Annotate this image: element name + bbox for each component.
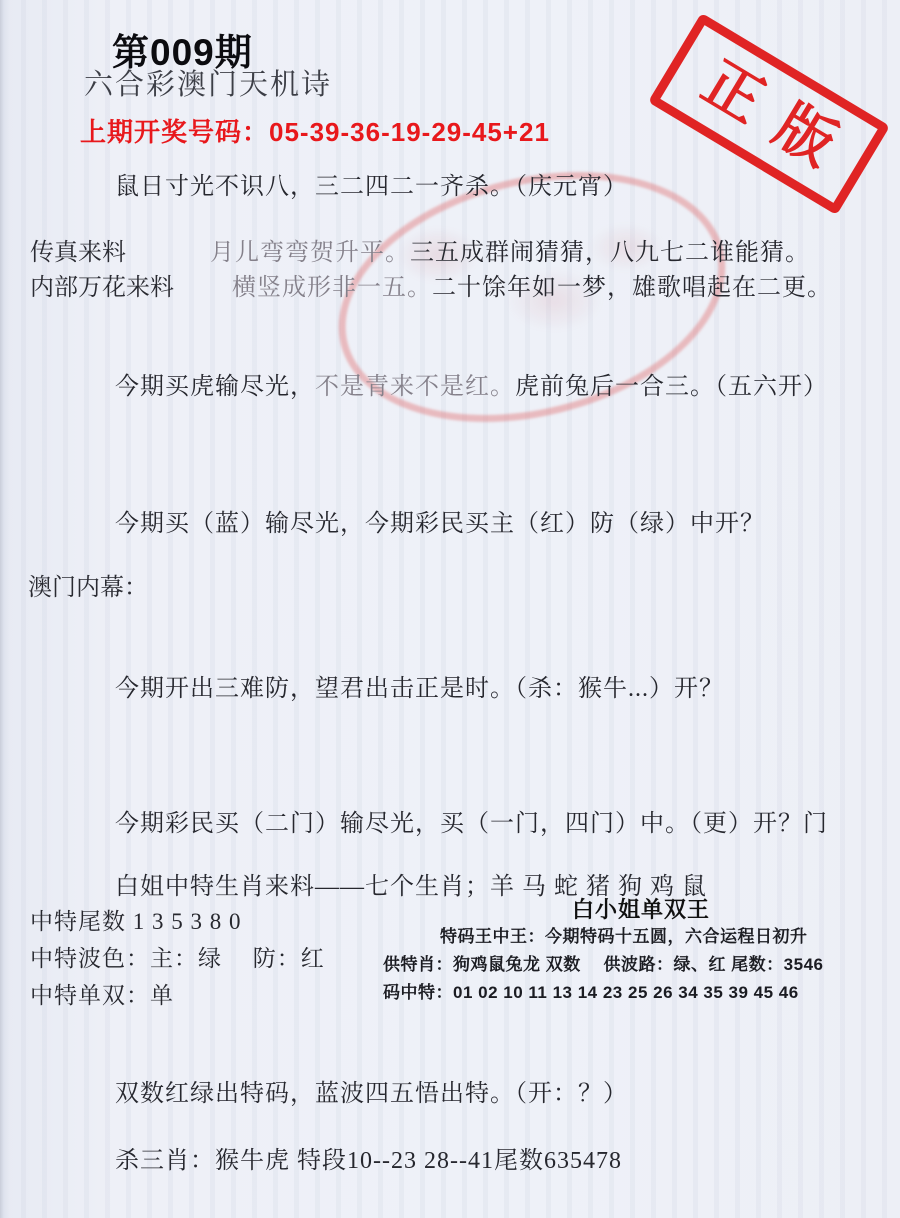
genuine-stamp: 正版	[648, 13, 890, 215]
poem-line-1: 鼠日寸光不识八，三二四二一齐杀。（庆元宵）	[115, 166, 628, 201]
fax-source-label: 传真来料	[30, 232, 126, 267]
internal-source-label: 内部万花来料	[30, 267, 174, 302]
lottery-tip-sheet: 第009期 六合彩澳门天机诗 上期开奖号码：05-39-36-19-29-45+…	[0, 0, 900, 1218]
odd-even-line: 中特单双：单	[30, 977, 174, 1010]
internal-poem-rest: 二十馀年如一梦，雄歌唱起在二更。	[432, 275, 832, 301]
tiger-poem-start: 今期买虎输尽光，	[115, 374, 315, 400]
tail-numbers-line: 中特尾数 1 3 5 3 8 0	[30, 903, 242, 936]
special-code-king-line: 特码王中王：今期特码十五圆，六合运程日初升	[440, 922, 808, 947]
fax-poem-faded-part: 月儿弯弯贺升平。	[210, 240, 410, 266]
macau-insider-label: 澳门内幕：	[28, 567, 148, 602]
three-defense-line: 今期开出三难防，望君出击正是时。（杀：猴牛...）开？	[115, 668, 724, 703]
fax-poem-line: 月儿弯弯贺升平。三五成群闹猜猜，八九七二谁能猜。	[210, 232, 810, 267]
tiger-poem-rest: 虎前兔后一合三。（五六开）	[515, 374, 828, 400]
sheet-subtitle: 六合彩澳门天机诗	[84, 62, 332, 103]
last-draw-numbers: 上期开奖号码：05-39-36-19-29-45+21	[80, 112, 550, 149]
blue-buy-line: 今期买（蓝）输尽光，今期彩民买主（红）防（绿）中开？	[115, 503, 765, 538]
white-lady-panel-title: 白小姐单双王	[572, 893, 710, 924]
tiger-poem-faded-part: 不是青来不是红。	[315, 374, 515, 400]
double-red-green-line: 双数红绿出特码，蓝波四五悟出特。（开：？）	[115, 1073, 628, 1108]
tiger-poem-line: 今期买虎输尽光，不是青来不是红。虎前兔后一合三。（五六开）	[115, 366, 828, 401]
door-buy-line: 今期彩民买（二门）输尽光，买（一门，四门）中。（更）开？门	[115, 803, 828, 838]
genuine-stamp-label: 正版	[671, 39, 867, 189]
internal-poem-faded-part: 横竖成形非一五。	[232, 275, 432, 301]
kill-three-zodiac-line: 杀三肖：猴牛虎 特段10--23 28--41尾数635478	[115, 1140, 622, 1175]
code-special-numbers-line: 码中特：01 02 10 11 13 14 23 25 26 34 35 39 …	[383, 978, 799, 1003]
fax-poem-rest: 三五成群闹猜猜，八九七二谁能猜。	[410, 240, 810, 266]
scan-edge-shadow	[0, 0, 10, 1218]
wave-color-line: 中特波色：主：绿 防：红	[30, 940, 325, 973]
internal-poem-line: 横竖成形非一五。二十馀年如一梦，雄歌唱起在二更。	[232, 267, 832, 302]
zodiac-wave-supply-line: 供特肖：狗鸡鼠兔龙 双数 供波路：绿、红 尾数：3546	[383, 950, 824, 975]
